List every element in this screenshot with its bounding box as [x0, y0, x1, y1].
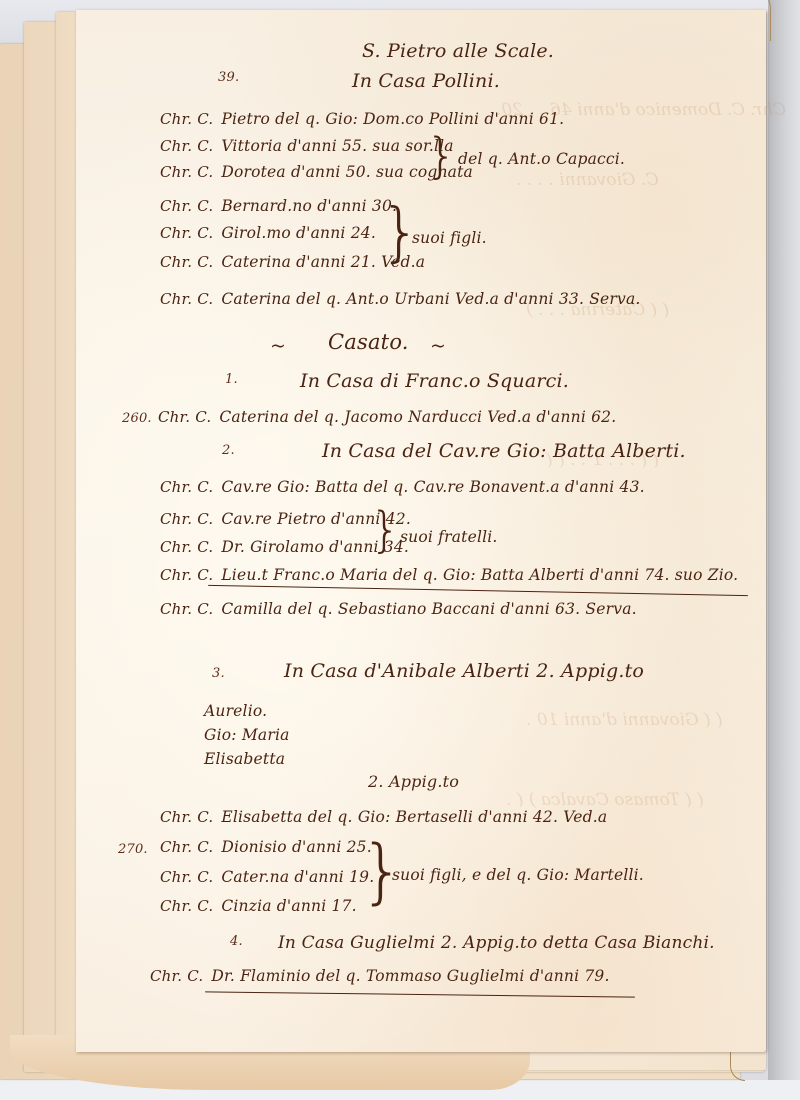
bracket-note: del q. Ant.o Capacci. — [458, 150, 625, 168]
census-entry: Chr. C.Lieu.t Franc.o Maria del q. Gio: … — [160, 566, 738, 584]
margin-running-count: 270. — [118, 842, 148, 857]
entry-prefix: Chr. C. — [160, 137, 213, 155]
census-entry: Chr. C.Cater.na d'anni 19. — [160, 868, 374, 886]
census-entry: Chr. C.Dr. Flaminio del q. Tommaso Gugli… — [150, 967, 610, 985]
census-entry: Chr. C.Dionisio d'anni 25. — [160, 838, 372, 856]
entry-prefix: Chr. C. — [160, 566, 213, 584]
census-entry: Chr. C.Girol.mo d'anni 24. — [160, 224, 376, 242]
census-entry: Chr. C.Cav.re Gio: Batta del q. Cav.re B… — [160, 478, 645, 496]
bleed-through-text: ( ( Giovanni d'anni 10 . — [526, 710, 723, 730]
entry-prefix: Chr. C. — [160, 163, 213, 181]
entry-prefix: Chr. C. — [160, 197, 213, 215]
parish-title: S. Pietro alle Scale. — [362, 40, 554, 62]
entry-prefix: Chr. C. — [160, 868, 213, 886]
household-number: 2. — [222, 443, 235, 458]
entry-text: Girol.mo d'anni 24. — [221, 224, 376, 242]
household-heading: In Casa di Franc.o Squarci. — [300, 370, 569, 392]
decorative-flourish: ~ — [430, 335, 446, 357]
entry-text: Cav.re Gio: Batta del q. Cav.re Bonavent… — [221, 478, 644, 496]
entry-text: Camilla del q. Sebastiano Baccani d'anni… — [221, 600, 636, 618]
sub-heading: 2. Appig.to — [368, 772, 459, 791]
census-entry: Chr. C.Vittoria d'anni 55. sua sor.lla — [160, 137, 454, 155]
household-heading: In Casa Guglielmi 2. Appig.to detta Casa… — [278, 933, 715, 953]
entry-prefix: Chr. C. — [160, 538, 213, 556]
entry-prefix: Chr. C. — [160, 253, 213, 271]
census-entry: Chr. C.Elisabetta del q. Gio: Bertaselli… — [160, 808, 607, 826]
entry-prefix: Chr. C. — [160, 290, 213, 308]
entry-prefix: Chr. C. — [160, 838, 213, 856]
entry-prefix: Chr. C. — [150, 967, 203, 985]
household-number: 1. — [225, 372, 238, 387]
listed-name: Gio: Maria — [204, 726, 290, 744]
entry-text: Cinzia d'anni 17. — [221, 897, 356, 915]
entry-prefix: Chr. C. — [160, 897, 213, 915]
section-heading-casato: Casato. — [328, 330, 409, 354]
margin-running-count: 260. — [122, 411, 152, 426]
household-number: 39. — [218, 70, 239, 85]
census-entry: Chr. C.Caterina del q. Ant.o Urbani Ved.… — [160, 290, 641, 308]
household-number: 3. — [212, 666, 225, 681]
bracket: } — [426, 128, 457, 184]
entry-text: Caterina del q. Ant.o Urbani Ved.a d'ann… — [221, 290, 640, 308]
bleed-through-text: C. Giovanni . . . . — [516, 170, 659, 190]
entry-text: Caterina del q. Jacomo Narducci Ved.a d'… — [219, 408, 616, 426]
decorative-flourish: ~ — [270, 335, 286, 357]
household-number: 4. — [230, 934, 243, 949]
census-entry: Chr. C.Pietro del q. Gio: Dom.co Pollini… — [160, 110, 564, 128]
entry-prefix: Chr. C. — [160, 478, 213, 496]
census-entry: Chr. C.Caterina del q. Jacomo Narducci V… — [158, 408, 616, 426]
census-entry: Chr. C.Camilla del q. Sebastiano Baccani… — [160, 600, 637, 618]
listed-name: Aurelio. — [204, 702, 267, 720]
listed-name: Elisabetta — [204, 750, 285, 768]
entry-text: Pietro del q. Gio: Dom.co Pollini d'anni… — [221, 110, 564, 128]
bracket-note: suoi fratelli. — [400, 528, 498, 546]
entry-prefix: Chr. C. — [160, 224, 213, 242]
household-heading: In Casa d'Anibale Alberti 2. Appig.to — [284, 660, 644, 682]
census-entry: Chr. C.Cinzia d'anni 17. — [160, 897, 357, 915]
entry-text: Dr. Flaminio del q. Tommaso Guglielmi d'… — [211, 967, 609, 985]
entry-prefix: Chr. C. — [160, 600, 213, 618]
entry-text: Dionisio d'anni 25. — [221, 838, 372, 856]
bracket-note: suoi figli, e del q. Gio: Martelli. — [392, 866, 644, 884]
entry-text: Lieu.t Franc.o Maria del q. Gio: Batta A… — [221, 566, 738, 584]
photo-background-right — [768, 0, 800, 1100]
bracket: } — [370, 502, 401, 558]
entry-prefix: Chr. C. — [158, 408, 211, 426]
entry-prefix: Chr. C. — [160, 110, 213, 128]
bracket-note: suoi figli. — [412, 229, 487, 247]
entry-prefix: Chr. C. — [160, 808, 213, 826]
entry-text: Bernard.no d'anni 30. — [221, 197, 397, 215]
entry-prefix: Chr. C. — [160, 510, 213, 528]
entry-text: Elisabetta del q. Gio: Bertaselli d'anni… — [221, 808, 607, 826]
entry-text: Cater.na d'anni 19. — [221, 868, 374, 886]
bleed-through-text: ( ( Tomaso Cavalca ) ( . — [506, 790, 704, 810]
household-heading: In Casa Pollini. — [352, 70, 500, 92]
census-entry: Chr. C.Bernard.no d'anni 30. — [160, 197, 397, 215]
entry-text: Vittoria d'anni 55. sua sor.lla — [221, 137, 453, 155]
household-heading: In Casa del Cav.re Gio: Batta Alberti. — [322, 440, 686, 462]
